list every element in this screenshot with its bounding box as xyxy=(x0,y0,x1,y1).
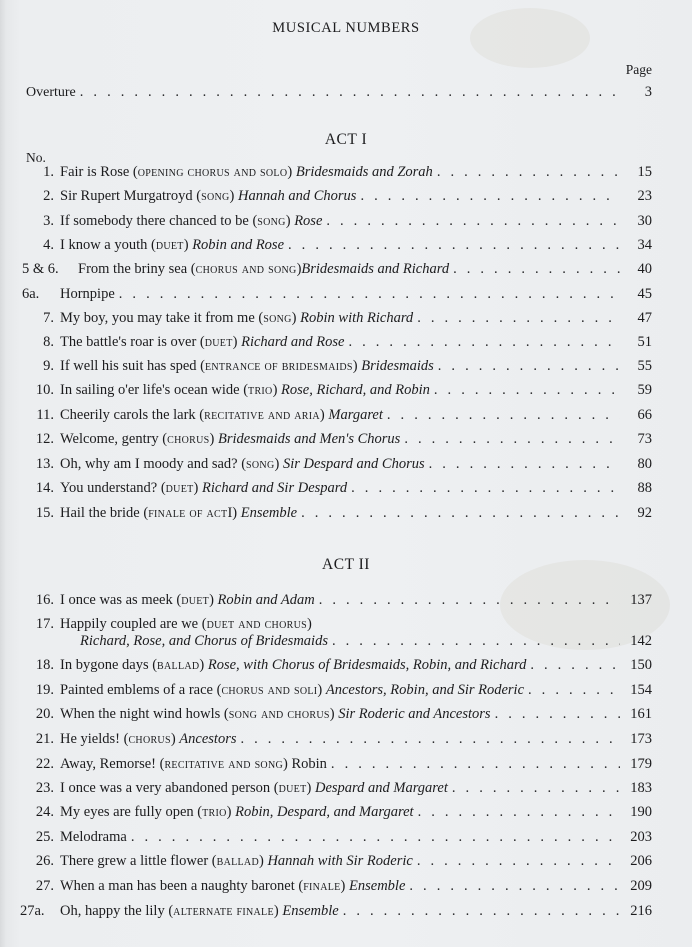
dot-leader xyxy=(131,827,620,847)
entry-number: 17. xyxy=(20,614,60,634)
entry-performers: Bridesmaids and Zorah xyxy=(296,162,433,182)
entry-performers: Robin, Despard, and Margaret xyxy=(235,802,413,822)
entry-page: 55 xyxy=(624,356,652,376)
entry-page: 59 xyxy=(624,380,652,400)
entry-title: I once was as meek ( xyxy=(60,590,181,610)
entry-type: duet xyxy=(156,236,184,256)
entry-performers: Ancestors xyxy=(179,729,236,749)
entry-page: 3 xyxy=(624,82,652,102)
page-title: MUSICAL NUMBERS xyxy=(0,20,692,37)
entry-number: 12. xyxy=(20,429,60,449)
entry-page: 209 xyxy=(624,876,652,896)
entry-type-close: ) xyxy=(199,655,204,675)
list-item: 8. The battle's roar is over (duet) Rich… xyxy=(20,332,652,352)
entry-title: My boy, you may take it from me ( xyxy=(60,308,263,328)
entry-title: You understand? ( xyxy=(60,478,166,498)
entry-page: 216 xyxy=(624,901,652,921)
dot-leader xyxy=(404,429,620,449)
list-item: 4. I know a youth (duet) Robin and Rose … xyxy=(20,235,652,255)
list-item: 27a. Oh, happy the lily (alternate final… xyxy=(20,901,652,921)
entry-number: 26. xyxy=(20,851,60,871)
entry-page: 51 xyxy=(624,332,652,352)
dot-leader xyxy=(387,405,620,425)
dot-leader xyxy=(80,82,620,102)
entry-type: recitative and aria xyxy=(204,406,320,426)
list-item: 21. He yields! (chorus) Ancestors 173 xyxy=(20,729,652,749)
dot-leader xyxy=(331,754,620,774)
entry-page: 45 xyxy=(624,284,652,304)
entry-title: I once was a very abandoned person ( xyxy=(60,778,279,798)
entry-type: duet xyxy=(279,779,307,799)
entry-performers: Robin and Rose xyxy=(192,235,284,255)
list-item: 2. Sir Rupert Murgatroyd (song) Hannah a… xyxy=(20,186,652,206)
entry-type: duet xyxy=(166,479,194,499)
list-item: 18. In bygone days (ballad) Rose, with C… xyxy=(20,655,652,675)
dot-leader xyxy=(119,284,620,304)
entry-number: 22. xyxy=(20,754,60,774)
entry-title: Hornpipe xyxy=(60,284,115,304)
entry-type: finale xyxy=(303,877,340,897)
entry-performers: Richard and Rose xyxy=(241,332,344,352)
dot-leader xyxy=(530,655,620,675)
entry-title: He yields! ( xyxy=(60,729,128,749)
entry-number: 21. xyxy=(20,729,60,749)
entry-title: Melodrama xyxy=(60,827,127,847)
list-item: 27. When a man has been a naughty barone… xyxy=(20,876,652,896)
dot-leader xyxy=(453,259,620,279)
entry-title: Oh, happy the lily ( xyxy=(60,901,173,921)
entry-title: In sailing o'er life's ocean wide ( xyxy=(60,380,248,400)
dot-leader xyxy=(326,211,620,231)
entry-performers: Ensemble xyxy=(241,503,297,523)
entry-page: 40 xyxy=(624,259,652,279)
entry-page: 23 xyxy=(624,186,652,206)
list-item: 13. Oh, why am I moody and sad? (song) S… xyxy=(20,454,652,474)
list-item: 12. Welcome, gentry (chorus) Bridesmaids… xyxy=(20,429,652,449)
entry-number: 27. xyxy=(20,876,60,896)
entry-title: Sir Rupert Murgatroyd ( xyxy=(60,186,201,206)
entry-number: 11. xyxy=(20,405,60,425)
entry-performers: Sir Despard and Chorus xyxy=(283,454,425,474)
entry-page: 15 xyxy=(624,162,652,182)
entry-number: 13. xyxy=(20,454,60,474)
paper-stain xyxy=(470,8,590,68)
entry-title: I know a youth ( xyxy=(60,235,156,255)
list-item: 25. Melodrama 203 xyxy=(20,827,652,847)
overture-entry: Overture 3 xyxy=(26,82,652,102)
entry-performers: Margaret xyxy=(328,405,383,425)
dot-leader xyxy=(348,332,620,352)
list-item: 22. Away, Remorse! (recitative and song)… xyxy=(20,754,652,774)
entry-type: trio xyxy=(248,381,273,401)
entry-number: 8. xyxy=(20,332,60,352)
entry-performers: Richard and Sir Despard xyxy=(202,478,347,498)
entry-title: My eyes are fully open ( xyxy=(60,802,202,822)
entry-performers: Bridesmaids and Men's Chorus xyxy=(218,429,400,449)
entry-title: Overture xyxy=(26,83,76,103)
entry-page: 47 xyxy=(624,308,652,328)
entry-page: 173 xyxy=(624,729,652,749)
entry-number: 25. xyxy=(20,827,60,847)
entry-page: 183 xyxy=(624,778,652,798)
entry-type: chorus xyxy=(128,730,170,750)
entry-type: entrance of bridesmaids xyxy=(205,357,353,377)
entry-type: ballad xyxy=(217,852,259,872)
entry-number: 9. xyxy=(20,356,60,376)
entry-number: 3. xyxy=(20,211,60,231)
entry-title: Oh, why am I moody and sad? ( xyxy=(60,454,246,474)
entry-performers: Ancestors, Robin, and Sir Roderic xyxy=(326,680,524,700)
entry-type-close: ) xyxy=(230,186,235,206)
list-item: 20. When the night wind howls (song and … xyxy=(20,704,652,724)
dot-leader xyxy=(437,162,620,182)
entry-title: Away, Remorse! ( xyxy=(60,754,164,774)
entry-performers: Rose xyxy=(294,211,322,231)
entry-page: 190 xyxy=(624,802,652,822)
entry-type: alternate finale xyxy=(173,902,274,922)
entry-title: In bygone days ( xyxy=(60,655,157,675)
entry-performers: Ensemble xyxy=(349,876,405,896)
entry-type-close: I) xyxy=(227,503,237,523)
entry-number: 23. xyxy=(20,778,60,798)
entry-page: 179 xyxy=(624,754,652,774)
list-item: 10. In sailing o'er life's ocean wide (t… xyxy=(20,380,652,400)
entry-type-close: ) xyxy=(194,478,199,498)
page-column-label: Page xyxy=(626,62,652,78)
entry-page: 161 xyxy=(624,704,652,724)
dot-leader xyxy=(418,802,620,822)
entry-title: There grew a little flower ( xyxy=(60,851,217,871)
act-2-heading: ACT II xyxy=(0,556,692,574)
dot-leader xyxy=(528,680,620,700)
entry-performers: Robin with Richard xyxy=(300,308,413,328)
dot-leader xyxy=(429,454,620,474)
entry-type: song xyxy=(246,455,274,475)
entry-title: From the briny sea ( xyxy=(78,259,196,279)
entry-type: chorus and soli xyxy=(221,681,317,701)
entry-type: finale of act xyxy=(148,504,227,524)
list-item: 24. My eyes are fully open (trio) Robin,… xyxy=(20,802,652,822)
list-item: 1. Fair is Rose (opening chorus and solo… xyxy=(20,162,652,182)
list-item: 16. I once was as meek (duet) Robin and … xyxy=(20,590,652,610)
list-item: 3. If somebody there chanced to be (song… xyxy=(20,211,652,231)
entry-number: 27a. xyxy=(20,901,60,921)
entry-type: chorus and song xyxy=(196,260,297,280)
entry-page: 92 xyxy=(624,503,652,523)
entry-type-close: ) xyxy=(209,590,214,610)
dot-leader xyxy=(452,778,620,798)
entry-title: Painted emblems of a race ( xyxy=(60,680,221,700)
dot-leader xyxy=(409,876,620,896)
entry-type-close: ) xyxy=(317,680,322,700)
entry-type: chorus xyxy=(167,430,209,450)
entry-performers: Sir Roderic and Ancestors xyxy=(338,704,490,724)
entry-type-close: ) xyxy=(292,308,297,328)
entry-number: 10. xyxy=(20,380,60,400)
entry-page: 203 xyxy=(624,827,652,847)
entry-performers: Ensemble xyxy=(282,901,338,921)
entry-title: Hail the bride ( xyxy=(60,503,148,523)
entry-page: 66 xyxy=(624,405,652,425)
entry-title: Fair is Rose ( xyxy=(60,162,138,182)
entry-number: 4. xyxy=(20,235,60,255)
entry-performers: Rose, Richard, and Robin xyxy=(281,380,430,400)
list-item: 5 & 6. From the briny sea (chorus and so… xyxy=(20,259,652,279)
entry-performers: Bridesmaids and Richard xyxy=(301,259,449,279)
entry-number: 19. xyxy=(20,680,60,700)
entry-performers: Bridesmaids xyxy=(361,356,434,376)
entry-type: song xyxy=(263,309,291,329)
entry-page: 34 xyxy=(624,235,652,255)
dot-leader xyxy=(319,590,620,610)
entry-type-close: ) xyxy=(184,235,189,255)
dot-leader xyxy=(351,478,620,498)
act-1-heading: ACT I xyxy=(0,131,692,149)
dot-leader xyxy=(417,851,620,871)
list-item: 7. My boy, you may take it from me (song… xyxy=(20,308,652,328)
list-item: 23. I once was a very abandoned person (… xyxy=(20,778,652,798)
entry-type-close: ) xyxy=(283,754,288,774)
entry-page: 30 xyxy=(624,211,652,231)
entry-number: 2. xyxy=(20,186,60,206)
entry-type: recitative and song xyxy=(164,755,283,775)
entry-performers: Rose, with Chorus of Bridesmaids, Robin,… xyxy=(208,655,526,675)
dot-leader xyxy=(438,356,620,376)
entry-type: song xyxy=(201,187,229,207)
entry-type-close: ) xyxy=(227,802,232,822)
entry-page: 206 xyxy=(624,851,652,871)
entry-type: ballad xyxy=(157,656,199,676)
entry-title: When a man has been a naughty baronet ( xyxy=(60,876,303,896)
entry-page: 80 xyxy=(624,454,652,474)
entry-type-close: ) xyxy=(320,405,325,425)
entry-type: song xyxy=(257,212,285,232)
entry-type-close: ) xyxy=(171,729,176,749)
list-item: 19. Painted emblems of a race (chorus an… xyxy=(20,680,652,700)
entry-performers: Hannah and Chorus xyxy=(238,186,356,206)
entry-performers: Robin and Adam xyxy=(218,590,315,610)
entry-number: 16. xyxy=(20,590,60,610)
entry-number: 1. xyxy=(20,162,60,182)
entry-type: song and chorus xyxy=(229,705,330,725)
entry-page: 150 xyxy=(624,655,652,675)
dot-leader xyxy=(240,729,620,749)
entry-number: 18. xyxy=(20,655,60,675)
entry-page: 154 xyxy=(624,680,652,700)
entry-number: 5 & 6. xyxy=(20,259,78,279)
dot-leader xyxy=(360,186,620,206)
entry-title: Welcome, gentry ( xyxy=(60,429,167,449)
entry-type-close: ) xyxy=(274,454,279,474)
dot-leader xyxy=(343,901,620,921)
entry-type-close: ) xyxy=(341,876,346,896)
entry-page: 73 xyxy=(624,429,652,449)
entry-type: opening chorus and solo xyxy=(138,163,288,183)
list-item: 9. If well his suit has sped (entrance o… xyxy=(20,356,652,376)
entry-number: 24. xyxy=(20,802,60,822)
dot-leader xyxy=(434,380,620,400)
entry-number: 15. xyxy=(20,503,60,523)
entry-type-close: ) xyxy=(353,356,358,376)
entry-type-close: ) xyxy=(274,901,279,921)
entry-title: When the night wind howls ( xyxy=(60,704,229,724)
entry-type: duet xyxy=(205,333,233,353)
entry-title: If well his suit has sped ( xyxy=(60,356,205,376)
list-item: 15. Hail the bride (finale of act I) Ens… xyxy=(20,503,652,523)
list-item-continuation: Richard, Rose, and Chorus of Bridesmaids… xyxy=(80,631,652,651)
list-item: 14. You understand? (duet) Richard and S… xyxy=(20,478,652,498)
list-item: 6a. Hornpipe 45 xyxy=(20,284,652,304)
musical-numbers-page: MUSICAL NUMBERS Page Overture 3 ACT I No… xyxy=(0,0,692,947)
entry-title: Cheerily carols the lark ( xyxy=(60,405,204,425)
entry-type: trio xyxy=(202,803,227,823)
entry-type-close: ) xyxy=(233,332,238,352)
entry-type-close: ) xyxy=(307,778,312,798)
entry-type-close: ) xyxy=(273,380,278,400)
entry-performers: Despard and Margaret xyxy=(315,778,448,798)
entry-number: 20. xyxy=(20,704,60,724)
entry-title: The battle's roar is over ( xyxy=(60,332,205,352)
entry-performers: Robin xyxy=(291,754,326,774)
entry-type: duet xyxy=(181,591,209,611)
entry-page: 137 xyxy=(624,590,652,610)
dot-leader xyxy=(301,503,620,523)
list-item: 11. Cheerily carols the lark (recitative… xyxy=(20,405,652,425)
entry-page: 88 xyxy=(624,478,652,498)
entry-type-close: ) xyxy=(286,211,291,231)
entry-type-close: ) xyxy=(287,162,292,182)
entry-page: 142 xyxy=(624,631,652,651)
entry-type-close: ) xyxy=(210,429,215,449)
entry-title: If somebody there chanced to be ( xyxy=(60,211,257,231)
dot-leader xyxy=(495,704,620,724)
dot-leader xyxy=(417,308,620,328)
entry-number: 7. xyxy=(20,308,60,328)
entry-performers: Richard, Rose, and Chorus of Bridesmaids xyxy=(80,631,328,651)
entry-type-close: ) xyxy=(330,704,335,724)
entry-performers: Hannah with Sir Roderic xyxy=(267,851,412,871)
entry-type-close: ) xyxy=(259,851,264,871)
entry-number: 6a. xyxy=(20,284,60,304)
dot-leader xyxy=(288,235,620,255)
list-item: 26. There grew a little flower (ballad) … xyxy=(20,851,652,871)
entry-number: 14. xyxy=(20,478,60,498)
dot-leader xyxy=(332,631,620,651)
